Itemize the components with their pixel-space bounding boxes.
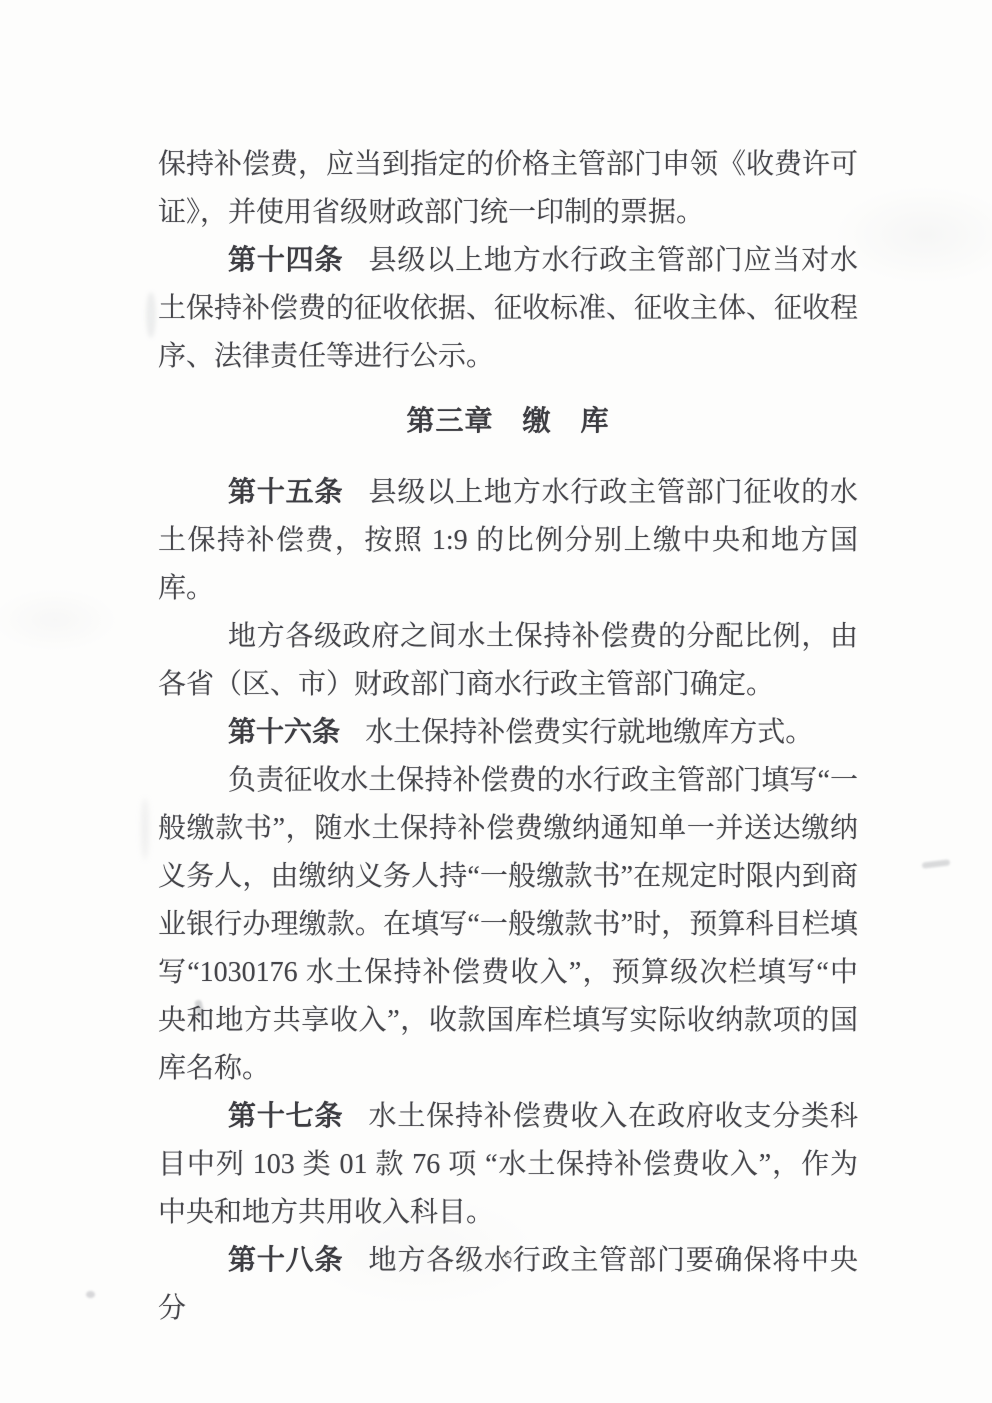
article-number: 第十五条 [228,477,343,508]
scan-artifact [922,859,951,868]
article-number: 第十六条 [228,717,340,748]
page-number: 5 [158,1246,858,1270]
scan-artifact [141,798,149,860]
article-paragraph: 第十四条县级以上地方水行政主管部门应当对水土保持补偿费的征收依据、征收标准、征收… [158,237,858,381]
body-paragraph: 地方各级政府之间水土保持补偿费的分配比例，由各省（区、市）财政部门商水行政主管部… [158,613,858,709]
body-paragraph: 保持补偿费，应当到指定的价格主管部门申领《收费许可证》，并使用省级财政部门统一印… [158,141,858,237]
document-body: 保持补偿费，应当到指定的价格主管部门申领《收费许可证》，并使用省级财政部门统一印… [158,141,858,1333]
scan-artifact [86,1291,95,1298]
article-paragraph: 第十七条水土保持补偿费收入在政府收支分类科目中列 103 类 01 款 76 项… [158,1093,858,1237]
body-paragraph: 负责征收水土保持补偿费的水行政主管部门填写“一般缴款书”，随水土保持补偿费缴纳通… [158,757,858,1093]
article-paragraph: 第十六条水土保持补偿费实行就地缴库方式。 [158,709,858,757]
article-number: 第十七条 [228,1101,343,1132]
article-number: 第十四条 [228,245,343,276]
chapter-heading: 第三章 缴 库 [158,398,858,446]
scanned-document-page: 保持补偿费，应当到指定的价格主管部门申领《收费许可证》，并使用省级财政部门统一印… [0,0,992,1403]
scan-artifact [146,292,156,338]
article-paragraph: 第十五条县级以上地方水行政主管部门征收的水土保持补偿费，按照 1:9 的比例分别… [158,469,858,613]
